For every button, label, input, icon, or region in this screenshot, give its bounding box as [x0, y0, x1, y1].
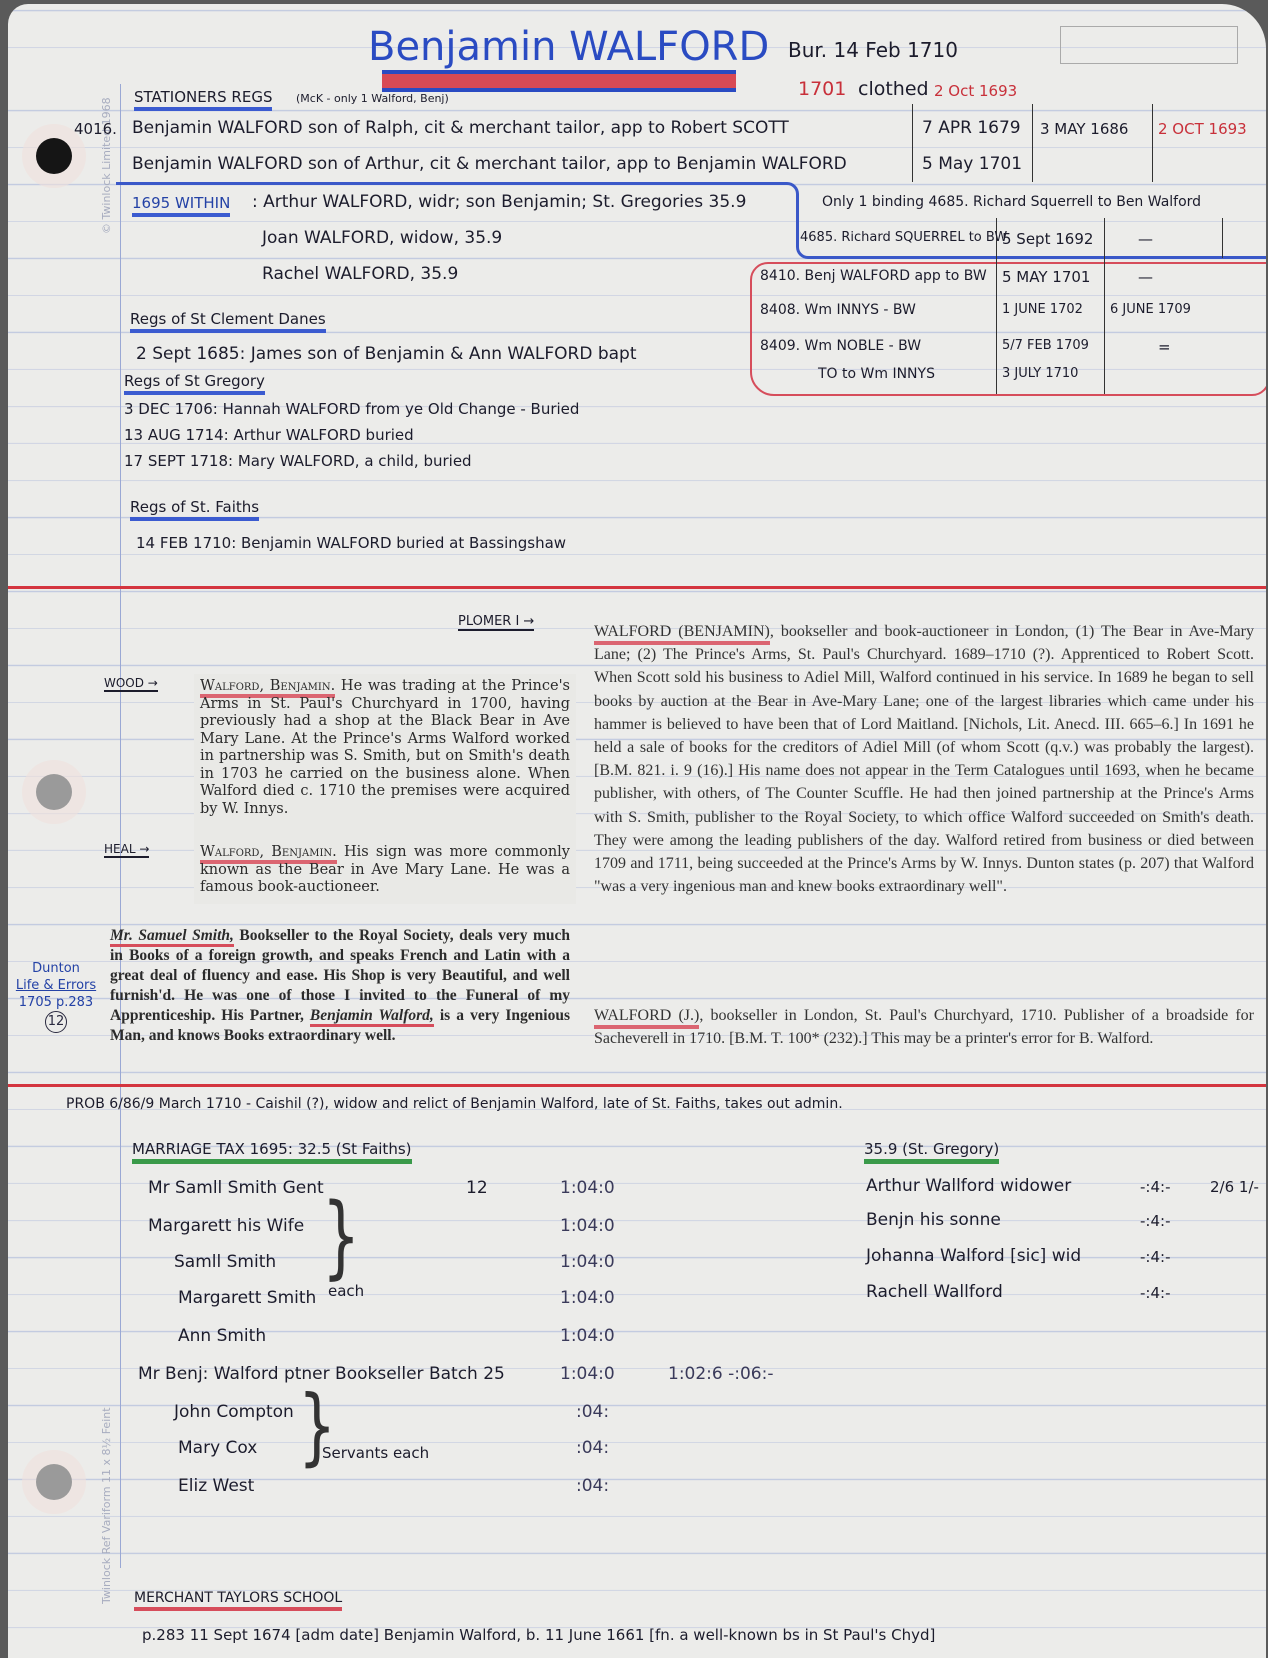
plomer-head: WALFORD (BENJAMIN) — [594, 623, 770, 645]
within-heading: 1695 WITHIN — [132, 194, 230, 217]
binding-entry: 8408. Wm INNYS - BW — [760, 302, 916, 318]
within-line: Rachel WALFORD, 35.9 — [262, 264, 458, 284]
heal-clipping: Walford, Benjamin. His sign was more com… — [194, 840, 576, 904]
binding-date: 1 JUNE 1702 — [1002, 302, 1083, 317]
marriage-tax-name: Margarett Smith — [178, 1288, 316, 1308]
punch-hole-top — [36, 138, 72, 174]
marriage-tax-name: Mary Cox — [178, 1438, 257, 1458]
within-line: Joan WALFORD, widow, 35.9 — [262, 228, 502, 248]
marriage-tax-amount: 1:04:0 — [560, 1326, 615, 1346]
marriage-tax-heading: MARRIAGE TAX 1695: 32.5 (St Faiths) — [132, 1140, 412, 1164]
brace-label-servants: Servants each — [322, 1444, 429, 1462]
st-gregory-entry: 17 SEPT 1718: Mary WALFORD, a child, bur… — [124, 452, 472, 470]
binding-col3: = — [1158, 338, 1171, 356]
plomer-clipping-j: WALFORD (J.), bookseller in London, St. … — [588, 1000, 1260, 1080]
marriage-tax-extra: 1:02:6 -:06:- — [668, 1364, 773, 1384]
st-gregory-tax-amount: -:4:- — [1140, 1284, 1170, 1302]
stationers-row-date1: 5 May 1701 — [922, 154, 1022, 174]
plomer-head-j: WALFORD (J.) — [594, 1007, 699, 1029]
dunton-name-walford: Benjamin Walford, — [310, 1007, 434, 1027]
dunton-note-line: 1705 p.283 — [12, 994, 100, 1011]
binding-entry: 8410. Benj WALFORD app to BW — [760, 268, 987, 284]
notebook-page: © Twinlock Limited 1968 Twinlock Ref Var… — [8, 4, 1266, 1658]
stationers-row-text: Benjamin WALFORD son of Arthur, cit & me… — [132, 154, 847, 174]
clement-danes-heading: Regs of St Clement Danes — [130, 310, 326, 333]
circled-number: 12 — [45, 1011, 67, 1033]
st-gregory-tax-name: Benjn his sonne — [866, 1210, 1001, 1230]
binding-divider — [1104, 218, 1105, 394]
heal-label: HEAL → — [104, 842, 149, 858]
st-gregory-tax-name: Johanna Walford [sic] wid — [866, 1246, 1081, 1266]
marriage-tax-amount: :04: — [576, 1438, 609, 1458]
wood-body: He was trading at the Prince's Arms in S… — [200, 678, 570, 817]
marriage-tax-name: Ann Smith — [178, 1326, 266, 1346]
corner-box — [1060, 26, 1238, 64]
stationers-note: (McK - only 1 Walford, Benj) — [296, 92, 449, 105]
marriage-tax-name: John Compton — [174, 1402, 294, 1422]
marriage-tax-amount: 1:04:0 — [560, 1178, 615, 1198]
st-gregory-tax-amount: -:4:- — [1140, 1248, 1170, 1266]
marriage-tax-amount: 1:04:0 — [560, 1364, 615, 1384]
marriage-tax-num: 12 — [466, 1178, 488, 1198]
punch-hole-middle — [36, 774, 72, 810]
brace-label-each: each — [328, 1282, 364, 1300]
clothed-date: 2 Oct 1693 — [934, 82, 1017, 100]
section-divider — [8, 1084, 1266, 1087]
merchant-taylors-heading: MERCHANT TAYLORS SCHOOL — [134, 1590, 342, 1611]
stationers-row-date3: 2 OCT 1693 — [1158, 120, 1247, 138]
ref-number: 4016. — [74, 120, 117, 138]
burial-date: Bur. 14 Feb 1710 — [788, 38, 958, 62]
section-divider — [8, 586, 1266, 589]
marriage-tax-amount: 1:04:0 — [560, 1216, 615, 1236]
marriage-tax-name: Margarett his Wife — [148, 1216, 304, 1236]
binding-entry: TO to Wm INNYS — [818, 366, 935, 382]
brand-text-bottom: Twinlock Ref Variform 11 x 8½ Feint — [100, 1407, 113, 1604]
wood-clipping: Walford, Benjamin. He was trading at the… — [194, 674, 576, 847]
dunton-name-smith: Mr. Samuel Smith, — [110, 927, 234, 947]
punch-hole-bottom — [36, 1464, 72, 1500]
stationers-row-date1: 7 APR 1679 — [922, 118, 1021, 138]
brace: } — [322, 1185, 360, 1290]
dunton-side-note: Dunton Life & Errors 1705 p.283 12 — [12, 960, 100, 1033]
st-gregory-tax-heading: 35.9 (St. Gregory) — [864, 1140, 999, 1164]
binding-col3: — — [1138, 268, 1153, 286]
binding-date: 5 Sept 1692 — [1002, 230, 1093, 248]
st-gregory-tax-name: Rachell Wallford — [866, 1282, 1003, 1302]
page-title: Benjamin WALFORD — [368, 24, 769, 70]
st-faiths-entry: 14 FEB 1710: Benjamin WALFORD buried at … — [136, 534, 566, 552]
marriage-tax-amount: 1:04:0 — [560, 1252, 615, 1272]
merchant-taylors-entry: p.283 11 Sept 1674 [adm date] Benjamin W… — [142, 1626, 935, 1644]
clothed-year: 1701 — [798, 78, 846, 100]
binding-col3: 6 JUNE 1709 — [1110, 302, 1191, 317]
clothed-label: clothed — [858, 78, 929, 100]
binding-entry: 8409. Wm NOBLE - BW — [760, 338, 921, 354]
table-divider — [1152, 104, 1153, 182]
dunton-note-line: Dunton — [12, 960, 100, 977]
st-gregory-tax-name: Arthur Wallford widower — [866, 1176, 1071, 1196]
wood-label: WOOD → — [104, 676, 158, 692]
st-gregory-tax-amount: -:4:- — [1140, 1212, 1170, 1230]
marriage-tax-name: Eliz West — [178, 1476, 254, 1496]
stationers-row-date2: 3 MAY 1686 — [1040, 120, 1128, 138]
plomer-label: PLOMER I → — [458, 614, 534, 631]
binding-note: Only 1 binding 4685. Richard Squerrell t… — [822, 194, 1201, 210]
within-line: : Arthur WALFORD, widr; son Benjamin; St… — [252, 192, 746, 212]
binding-date: 5/7 FEB 1709 — [1002, 338, 1089, 353]
clement-danes-entry: 2 Sept 1685: James son of Benjamin & Ann… — [136, 344, 637, 364]
st-gregory-tax-amount: -:4:- — [1140, 1178, 1170, 1196]
binding-col3: — — [1138, 230, 1153, 248]
st-gregory-heading: Regs of St Gregory — [124, 372, 265, 395]
st-faiths-heading: Regs of St. Faiths — [130, 498, 259, 521]
brand-text-top: © Twinlock Limited 1968 — [100, 97, 113, 234]
binding-divider — [1222, 218, 1223, 258]
st-gregory-entry: 13 AUG 1714: Arthur WALFORD buried — [124, 426, 414, 444]
st-gregory-entry: 3 DEC 1706: Hannah WALFORD from ye Old C… — [124, 400, 579, 418]
stationers-heading: STATIONERS REGS — [134, 88, 272, 111]
dunton-note-line: Life & Errors — [12, 977, 100, 994]
probate-entry: PROB 6/86/9 March 1710 - Caishil (?), wi… — [66, 1096, 843, 1112]
margin-line — [120, 84, 121, 1568]
dunton-clipping: Mr. Samuel Smith, Bookseller to the Roya… — [104, 922, 576, 1090]
marriage-tax-amount: 1:04:0 — [560, 1288, 615, 1308]
plomer-clipping: WALFORD (BENJAMIN), bookseller and book-… — [588, 616, 1260, 998]
binding-date: 3 JULY 1710 — [1002, 366, 1078, 381]
binding-entry: 4685. Richard SQUERREL to BW — [800, 230, 1007, 245]
marriage-tax-amount: :04: — [576, 1402, 609, 1422]
marriage-tax-name: Samll Smith — [174, 1252, 276, 1272]
marriage-tax-name: Mr Samll Smith Gent — [148, 1178, 324, 1198]
table-divider — [912, 104, 913, 182]
marriage-tax-amount: :04: — [576, 1476, 609, 1496]
table-divider — [1032, 104, 1033, 182]
plomer-body: , bookseller and book-auctioneer in Lond… — [594, 623, 1254, 895]
binding-date: 5 MAY 1701 — [1002, 268, 1090, 286]
stationers-row-text: Benjamin WALFORD son of Ralph, cit & mer… — [132, 118, 789, 138]
st-gregory-tax-extra: 2/6 1/- — [1210, 1178, 1259, 1196]
title-underline — [382, 70, 736, 92]
